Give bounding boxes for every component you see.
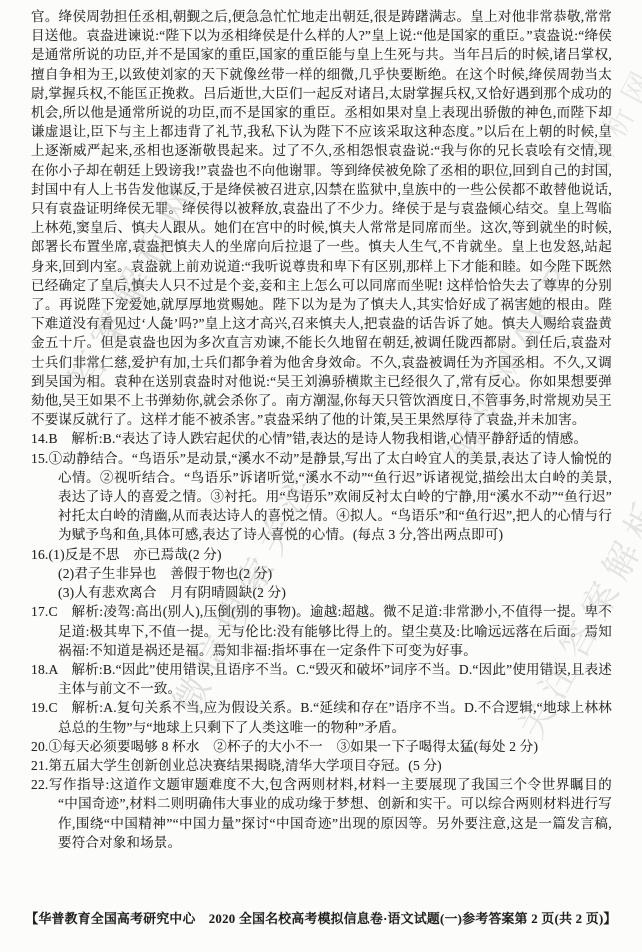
answer-item-15: 15.①动静结合。“鸟语乐”是动景,“溪水不动”是静景,写出了太白岭宜人的美景,… xyxy=(31,449,612,545)
answer-item-22: 22.写作指导:这道作文题审题难度不大,包含两则材料,材料一主要展现了我国三个令… xyxy=(31,775,612,852)
answer-item-20: 20.①每天必须要喝够 8 杯水 ②杯子的大小不一 ③如果一下子喝得太猛(每处 … xyxy=(31,737,612,756)
answer-text-16-1: (1)反是不思 亦已焉哉(2 分) xyxy=(48,547,221,562)
answer-text-16-3: (3)人有悲欢离合 月有阴晴圆缺(2 分) xyxy=(31,583,612,602)
page-content: 官。绛侯周勃担任丞相,朝觐之后,便急急忙忙地走出朝廷,很是踌躇满志。皇上对他非常… xyxy=(31,7,612,852)
translation-passage: 官。绛侯周勃担任丞相,朝觐之后,便急急忙忙地走出朝廷,很是踌躇满志。皇上对他非常… xyxy=(31,7,612,429)
answer-text-18: A 解析:B.“因此”使用错误,且语序不当。C.“毁灭和破坏”词序不当。D.“因… xyxy=(48,662,612,696)
answer-text-15: ①动静结合。“鸟语乐”是动景,“溪水不动”是静景,写出了太白岭宜人的美景,表达了… xyxy=(48,451,612,543)
answer-number-16: 16. xyxy=(31,547,48,562)
answer-number-20: 20. xyxy=(31,739,48,754)
answer-text-22: 写作指导:这道作文题审题难度不大,包含两则材料,材料一主要展现了我国三个令世界瞩… xyxy=(48,777,612,850)
answer-item-21: 21.第五届大学生创新创业总决赛结果揭晓,清华大学项目夺冠。(5 分) xyxy=(31,756,612,775)
answer-item-18: 18.A 解析:B.“因此”使用错误,且语序不当。C.“毁灭和破坏”词序不当。D… xyxy=(31,660,612,698)
answer-number-15: 15. xyxy=(31,451,48,466)
answer-number-17: 17. xyxy=(31,604,48,619)
scanned-answer-page: 官。绛侯周勃担任丞相,朝觐之后,便急急忙忙地走出朝廷,很是踌躇满志。皇上对他非常… xyxy=(0,0,642,952)
answer-text-14: B 解析:B.“表达了诗人跌宕起伏的心情”错,表达的是诗人物我相谐,心情平静舒适… xyxy=(48,431,587,446)
answer-number-14: 14. xyxy=(31,431,48,446)
answer-text-16-2: (2)君子生非异也 善假于物也(2 分) xyxy=(31,564,612,583)
page-footer: 【华普教育全国高考研究中心 2020 全国名校高考模拟信息卷·语文试题(一)参考… xyxy=(0,908,642,927)
answer-text-19: C 解析:A.复句关系不当,应为假设关系。B.“延续和存在”语序不当。D.不合逻… xyxy=(48,700,612,734)
answer-text-17: C 解析:凌驾:高出(别人),压倒(别的事物)。逾越:超越。微不足道:非常渺小,… xyxy=(48,604,612,657)
answer-item-16: 16.(1)反是不思 亦已焉哉(2 分) xyxy=(31,545,612,564)
answer-item-14: 14.B 解析:B.“表达了诗人跌宕起伏的心情”错,表达的是诗人物我相谐,心情平… xyxy=(31,429,612,448)
answer-item-17: 17.C 解析:凌驾:高出(别人),压倒(别的事物)。逾越:超越。微不足道:非常… xyxy=(31,602,612,660)
answer-number-19: 19. xyxy=(31,700,48,715)
answer-text-20: ①每天必须要喝够 8 杯水 ②杯子的大小不一 ③如果一下子喝得太猛(每处 2 分… xyxy=(48,739,538,754)
answer-text-21: 第五届大学生创新创业总决赛结果揭晓,清华大学项目夺冠。(5 分) xyxy=(48,758,441,773)
answer-number-22: 22. xyxy=(31,777,48,792)
answer-item-19: 19.C 解析:A.复句关系不当,应为假设关系。B.“延续和存在”语序不当。D.… xyxy=(31,698,612,736)
answer-number-21: 21. xyxy=(31,758,48,773)
answer-number-18: 18. xyxy=(31,662,48,677)
